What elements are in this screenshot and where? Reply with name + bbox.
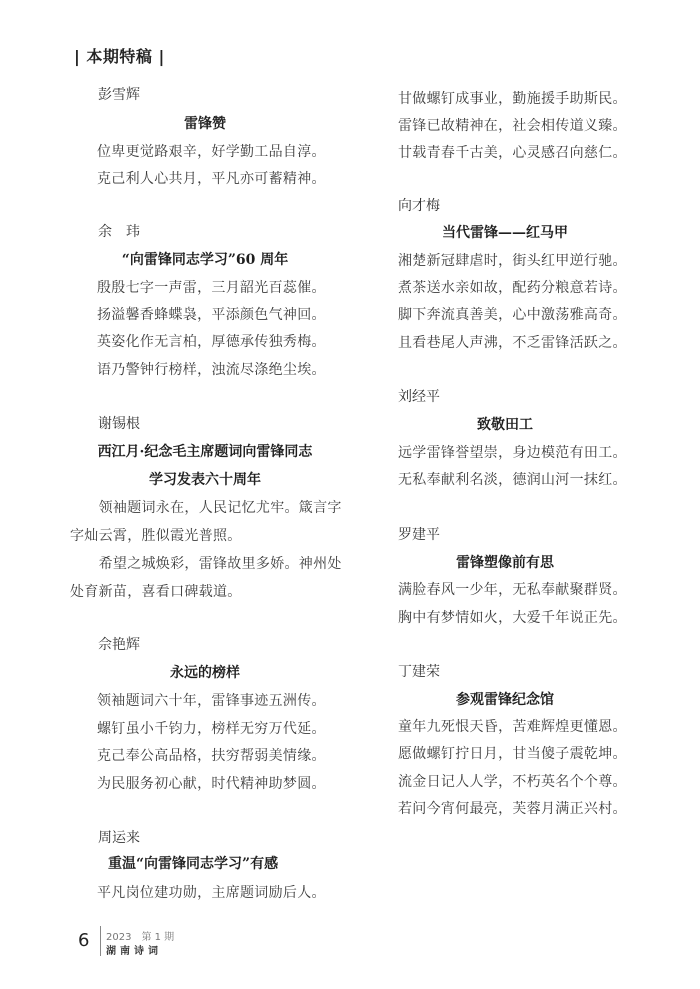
issue-label: 2023 第 1 期 [106, 928, 174, 943]
poem-line: 克己利人心共月，平凡亦可蓄精神。 [97, 168, 326, 188]
author-name: 谢锡根 [98, 413, 140, 433]
poem-line: 扬溢馨香蜂蝶袅，平添颜色气神回。 [97, 304, 326, 324]
poem-line: 领袖题词永在，人民记忆尤牢。箴言字 [70, 497, 342, 517]
section-header: | 本期特稿 | [74, 44, 165, 67]
author-name: 彭雪辉 [98, 84, 140, 104]
poem-line: 平凡岗位建功勋，主席题词励后人。 [97, 882, 326, 902]
author-name: 周运来 [98, 827, 140, 847]
poem-title-line: 学习发表六十周年 [60, 469, 350, 489]
author-name: 余 玮 [98, 221, 140, 241]
poem-title: 参观雷锋纪念馆 [360, 689, 650, 709]
poem-title: 雷锋塑像前有思 [360, 552, 650, 572]
poem-line: 愿做螺钉拧日月，甘当傻子震乾坤。 [398, 743, 627, 763]
poem-title: 当代雷锋——红马甲 [360, 222, 650, 242]
poem-title: “向雷锋同志学习”60 周年 [60, 249, 350, 269]
poem-line: 廿载青春千古美，心灵感召向慈仁。 [398, 142, 627, 162]
poem-line: 流金日记人人学，不朽英名个个尊。 [398, 771, 627, 791]
author-name: 佘艳辉 [98, 634, 140, 654]
poem-line: 殷殷七字一声雷，三月韶光百蕊催。 [97, 277, 326, 297]
poem-line: 童年九死恨天昏，苦难辉煌更懂恩。 [398, 716, 627, 736]
poem-line: 湘楚新冠肆虐时，街头红甲逆行驰。 [398, 250, 627, 270]
author-name: 丁建荣 [398, 661, 440, 681]
poem-line: 希望之城焕彩，雷锋故里多娇。神州处 [70, 553, 342, 573]
poem-line: 位卑更觉路艰辛，好学勤工品自淳。 [97, 141, 326, 161]
author-name: 罗建平 [398, 524, 440, 544]
author-name: 向才梅 [398, 195, 440, 215]
poem-title: 永远的榜样 [60, 662, 350, 682]
poem-line: 无私奉献利名淡，德润山河一抹红。 [398, 469, 627, 489]
poem-line: 英姿化作无言柏，厚德承传独秀梅。 [97, 331, 326, 351]
poem-title-line: 西江月·纪念毛主席题词向雷锋同志 [60, 441, 350, 461]
author-name: 刘经平 [398, 386, 440, 406]
poem-line: 远学雷锋誉望崇，身边模范有田工。 [398, 442, 627, 462]
poem-line: 胸中有梦情如火，大爱千年说正先。 [398, 607, 627, 627]
poem-line: 脚下奔流真善美，心中激荡雅高奇。 [398, 304, 627, 324]
poem-title: 重温“向雷锋同志学习”有感 [108, 853, 278, 873]
poem-title: 致敬田工 [360, 414, 650, 434]
poem-title: 雷锋赞 [60, 113, 350, 133]
poem-line: 语乃警钟行榜样，浊流尽涤绝尘埃。 [97, 359, 326, 379]
magazine-logo: 湖南诗词 [106, 942, 162, 957]
poem-line: 煮茶送水亲如故，配药分粮意若诗。 [398, 277, 627, 297]
page-number: 6 [78, 930, 89, 951]
footer-divider [100, 926, 101, 956]
poem-line: 处育新苗，喜看口碑载道。 [70, 581, 242, 601]
poem-line: 满脸春风一少年，无私奉献聚群贤。 [398, 579, 627, 599]
poem-line: 领袖题词六十年，雷锋事迹五洲传。 [97, 690, 326, 710]
poem-line: 字灿云霄，胜似霞光普照。 [70, 525, 242, 545]
poem-line: 螺钉虽小千钧力，榜样无穷万代延。 [97, 718, 326, 738]
poem-line: 且看巷尾人声沸，不乏雷锋活跃之。 [398, 332, 627, 352]
poem-line: 克己奉公高品格，扶穷帮弱美情缘。 [97, 745, 326, 765]
poem-line: 甘做螺钉成事业，勤施援手助斯民。 [398, 88, 627, 108]
poem-line: 雷锋已故精神在，社会相传道义臻。 [398, 115, 627, 135]
poem-line: 若问今宵何最亮，芙蓉月满正兴村。 [398, 798, 627, 818]
poem-line: 为民服务初心献，时代精神助梦圆。 [97, 773, 326, 793]
